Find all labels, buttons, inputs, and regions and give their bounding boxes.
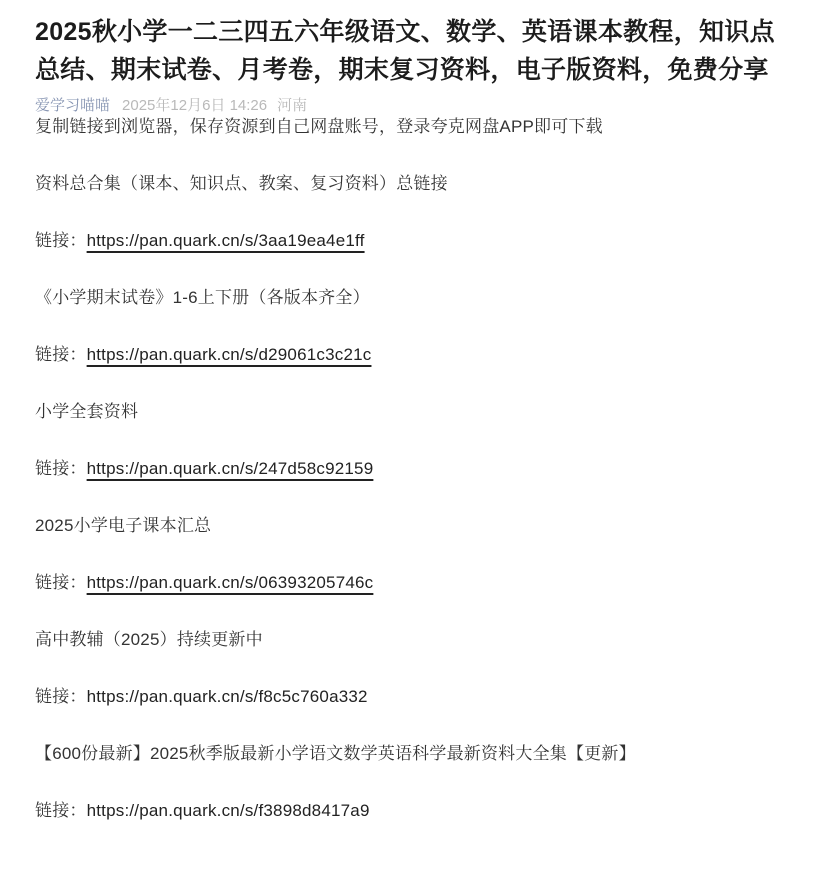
pan-link[interactable]: https://pan.quark.cn/s/3aa19ea4e1ff	[87, 231, 365, 250]
pan-link[interactable]: https://pan.quark.cn/s/f8c5c760a332	[87, 687, 368, 706]
section-heading: 《小学期末试卷》1-6上下册（各版本齐全）	[35, 287, 794, 309]
link-label: 链接：	[35, 573, 87, 592]
post-location: 河南	[277, 97, 307, 114]
link-label: 链接：	[35, 231, 87, 250]
pan-link[interactable]: https://pan.quark.cn/s/f3898d8417a9	[87, 801, 370, 820]
post-meta: 爱学习喵喵2025年12月6日 14:26河南	[35, 96, 794, 116]
pan-link[interactable]: https://pan.quark.cn/s/06393205746c	[87, 573, 374, 592]
link-row: 链接：https://pan.quark.cn/s/f8c5c760a332	[35, 686, 794, 708]
section-heading: 资料总合集（课本、知识点、教案、复习资料）总链接	[35, 173, 794, 195]
author-link[interactable]: 爱学习喵喵	[35, 97, 110, 114]
link-row: 链接：https://pan.quark.cn/s/06393205746c	[35, 572, 794, 594]
link-row: 链接：https://pan.quark.cn/s/f3898d8417a9	[35, 800, 794, 822]
link-row: 链接：https://pan.quark.cn/s/d29061c3c21c	[35, 344, 794, 366]
post-date: 2025年12月6日 14:26	[122, 97, 267, 114]
pan-link[interactable]: https://pan.quark.cn/s/247d58c92159	[87, 459, 374, 478]
link-label: 链接：	[35, 345, 87, 364]
link-row: 链接：https://pan.quark.cn/s/247d58c92159	[35, 458, 794, 480]
section-heading: 高中教辅（2025）持续更新中	[35, 629, 794, 651]
post-title: 2025秋小学一二三四五六年级语文、数学、英语课本教程，知识点总结、期末试卷、月…	[35, 13, 794, 89]
link-row: 链接：https://pan.quark.cn/s/3aa19ea4e1ff	[35, 230, 794, 252]
section-heading: 小学全套资料	[35, 401, 794, 423]
section-heading: 【600份最新】2025秋季版最新小学语文数学英语科学最新资料大全集【更新】	[35, 743, 794, 765]
link-label: 链接：	[35, 687, 87, 706]
link-label: 链接：	[35, 801, 87, 820]
link-label: 链接：	[35, 459, 87, 478]
intro-paragraph: 复制链接到浏览器，保存资源到自己网盘账号，登录夸克网盘APP即可下载	[35, 116, 794, 138]
pan-link[interactable]: https://pan.quark.cn/s/d29061c3c21c	[87, 345, 372, 364]
section-heading: 2025小学电子课本汇总	[35, 515, 794, 537]
article: 2025秋小学一二三四五六年级语文、数学、英语课本教程，知识点总结、期末试卷、月…	[0, 0, 830, 822]
sections-list: 资料总合集（课本、知识点、教案、复习资料）总链接 链接：https://pan.…	[35, 173, 794, 822]
